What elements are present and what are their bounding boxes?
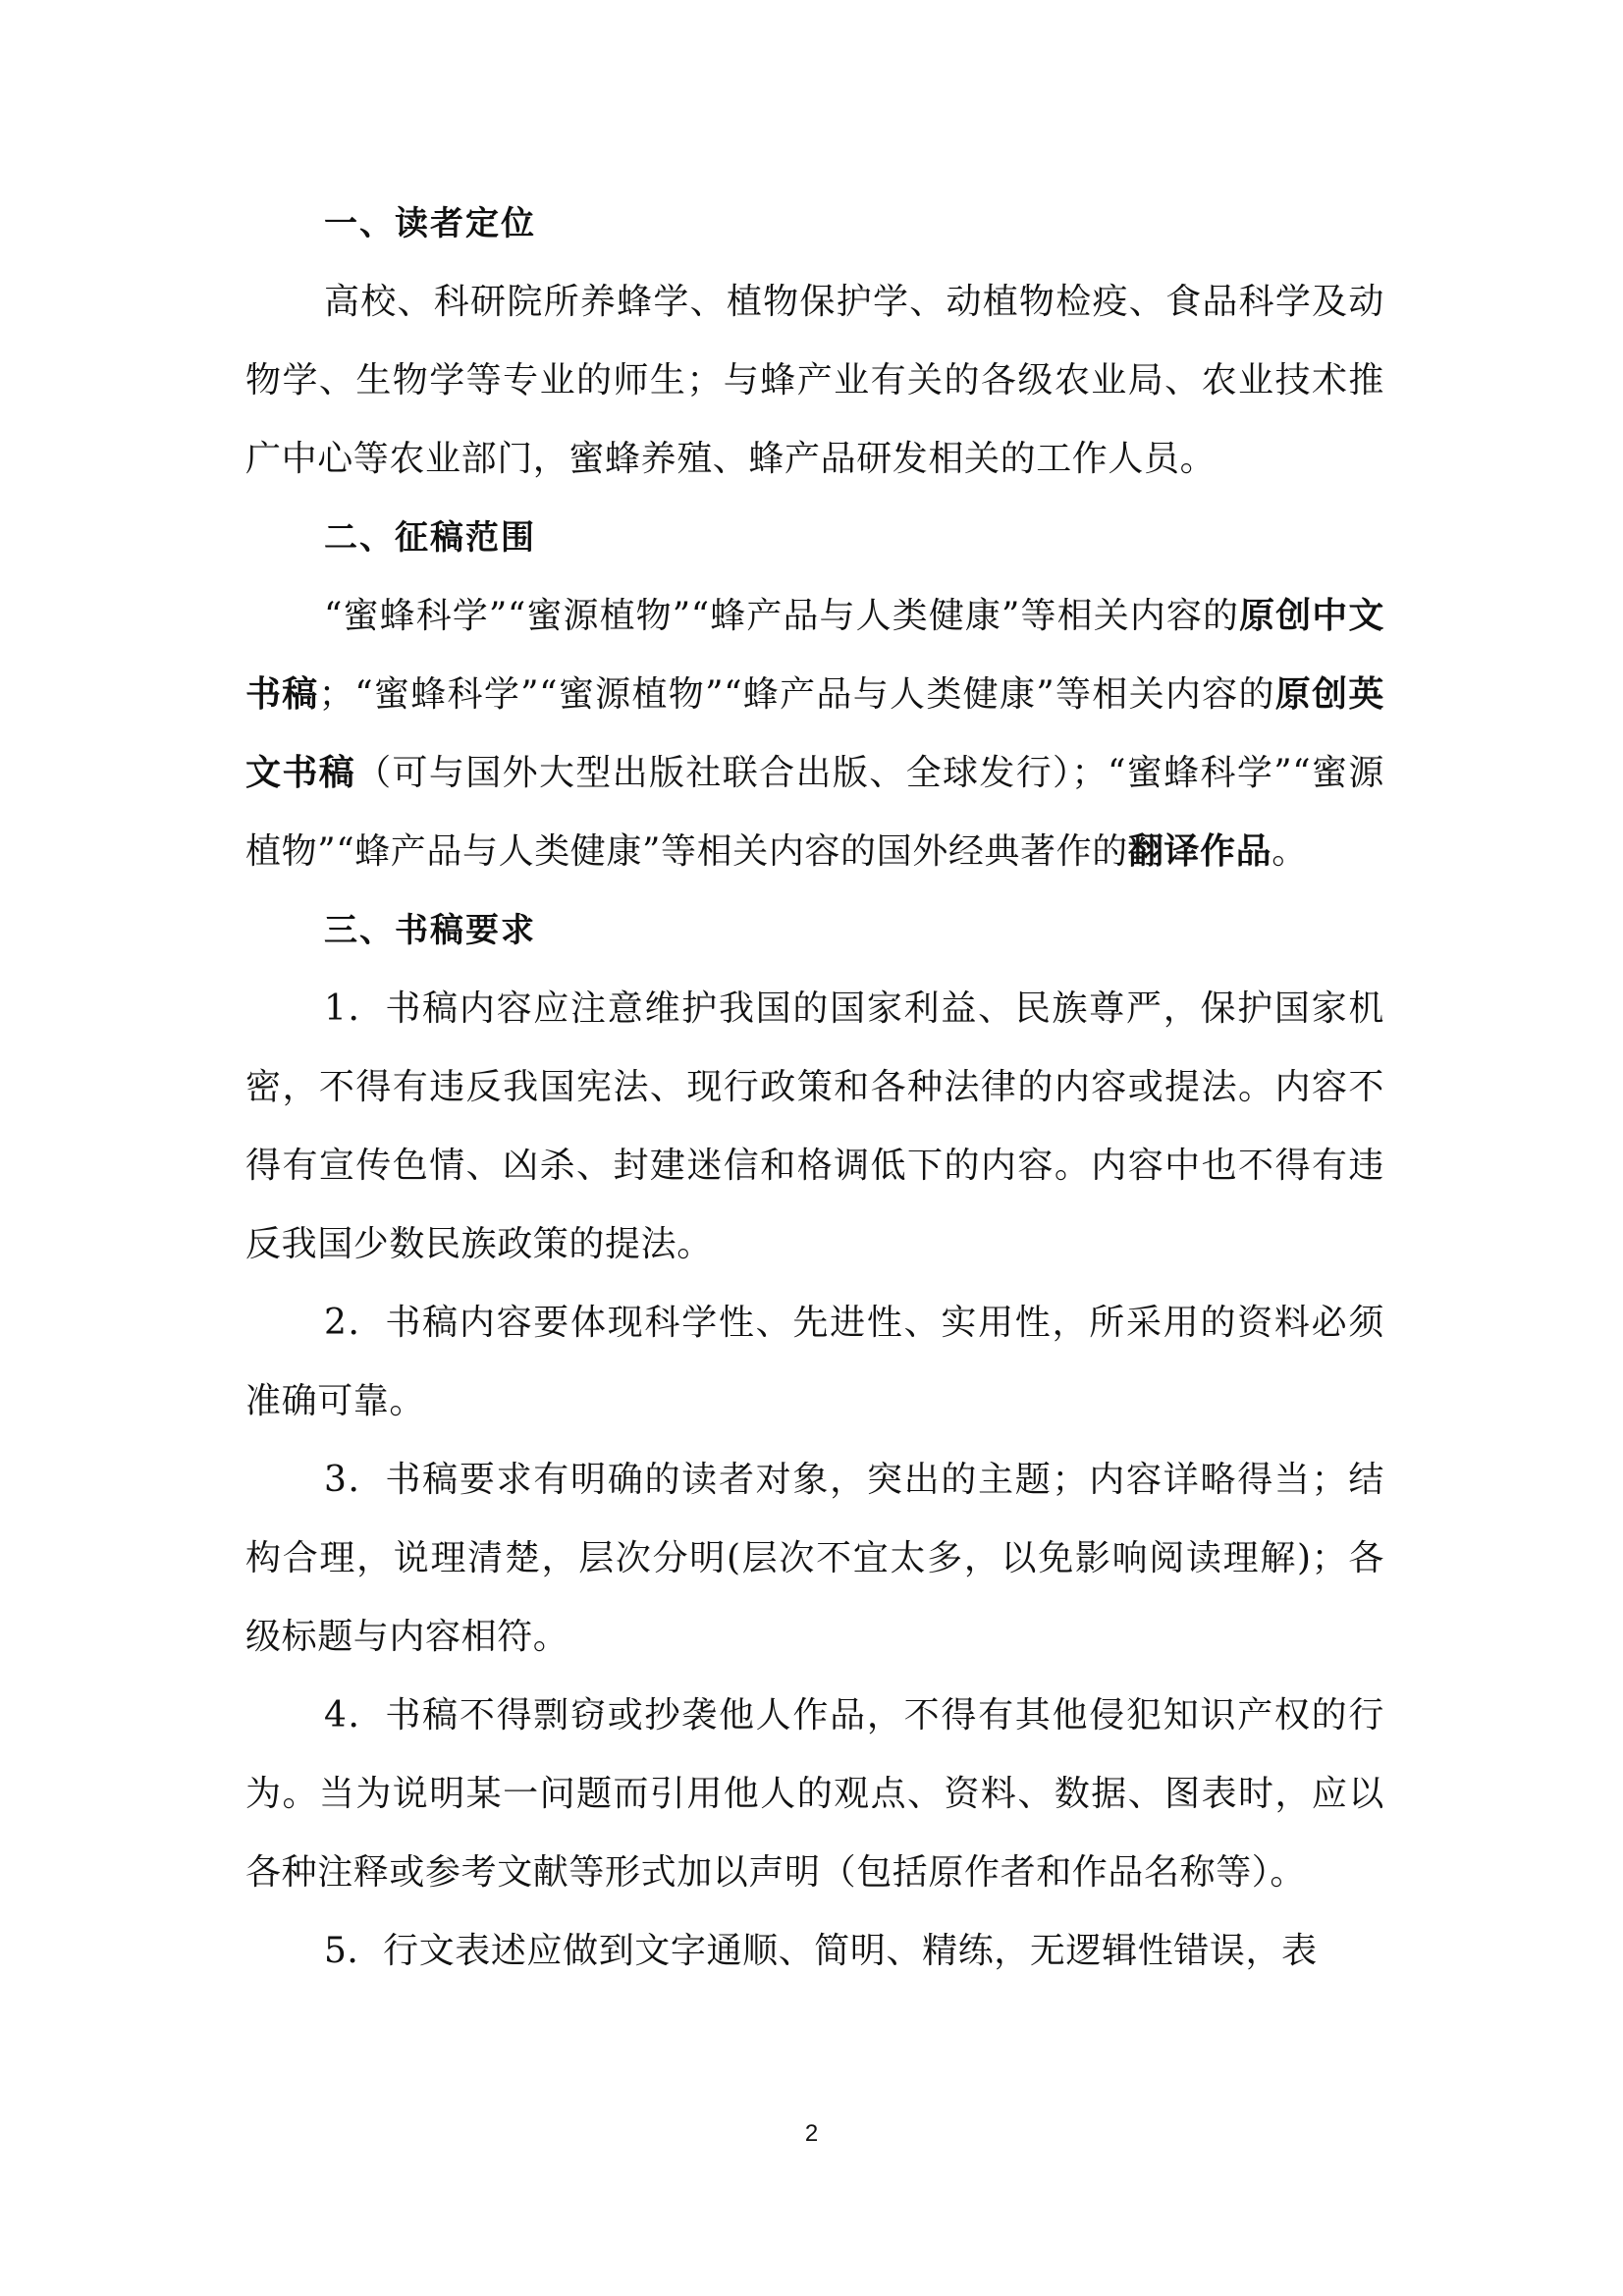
text-segment: 。 <box>1271 831 1308 872</box>
requirement-item-2: 2．书稿内容要体现科学性、先进性、实用性，所采用的资料必须准确可靠。 <box>245 1284 1384 1441</box>
paragraph-reader-positioning: 高校、科研院所养蜂学、植物保护学、动植物检疫、食品科学及动物学、生物学等专业的师… <box>245 263 1384 499</box>
text-segment: 1．书稿内容应注意维护我国的国家利益、民族尊严，保护国家机密，不得有违反我国宪法… <box>245 988 1384 1264</box>
text-segment: “蜜蜂科学”“蜜源植物”“蜂产品与人类健康”等相关内容的 <box>324 596 1239 636</box>
requirement-item-3: 3．书稿要求有明确的读者对象，突出的主题；内容详略得当；结构合理，说理清楚，层次… <box>245 1441 1384 1677</box>
text-segment: 4．书稿不得剽窃或抄袭他人作品，不得有其他侵犯知识产权的行为。当为说明某一问题而… <box>245 1695 1384 1893</box>
section-heading-manuscript-requirements: 三、书稿要求 <box>245 891 1384 970</box>
section-heading-submission-scope: 二、征稿范围 <box>245 499 1384 577</box>
text-segment: 高校、科研院所养蜂学、植物保护学、动植物检疫、食品科学及动物学、生物学等专业的师… <box>245 282 1384 479</box>
text-segment: 2．书稿内容要体现科学性、先进性、实用性，所采用的资料必须准确可靠。 <box>245 1303 1384 1421</box>
text-segment: ；“蜜蜂科学”“蜜源植物”“蜂产品与人类健康”等相关内容的 <box>319 674 1275 715</box>
text-segment: 5．行文表述应做到文字通顺、简明、精练，无逻辑性错误，表 <box>324 1931 1318 1971</box>
requirement-item-5: 5．行文表述应做到文字通顺、简明、精练，无逻辑性错误，表 <box>245 1912 1384 1991</box>
section-heading-reader-positioning: 一、读者定位 <box>245 185 1384 263</box>
document-page: 一、读者定位 高校、科研院所养蜂学、植物保护学、动植物检疫、食品科学及动物学、生… <box>245 185 1384 1991</box>
requirement-item-4: 4．书稿不得剽窃或抄袭他人作品，不得有其他侵犯知识产权的行为。当为说明某一问题而… <box>245 1677 1384 1912</box>
page-number: 2 <box>0 2120 1623 2148</box>
bold-term-translated-works: 翻译作品 <box>1128 831 1271 872</box>
paragraph-submission-scope: “蜜蜂科学”“蜜源植物”“蜂产品与人类健康”等相关内容的原创中文书稿；“蜜蜂科学… <box>245 577 1384 891</box>
requirement-item-1: 1．书稿内容应注意维护我国的国家利益、民族尊严，保护国家机密，不得有违反我国宪法… <box>245 970 1384 1284</box>
text-segment: 3．书稿要求有明确的读者对象，突出的主题；内容详略得当；结构合理，说理清楚，层次… <box>245 1460 1384 1657</box>
